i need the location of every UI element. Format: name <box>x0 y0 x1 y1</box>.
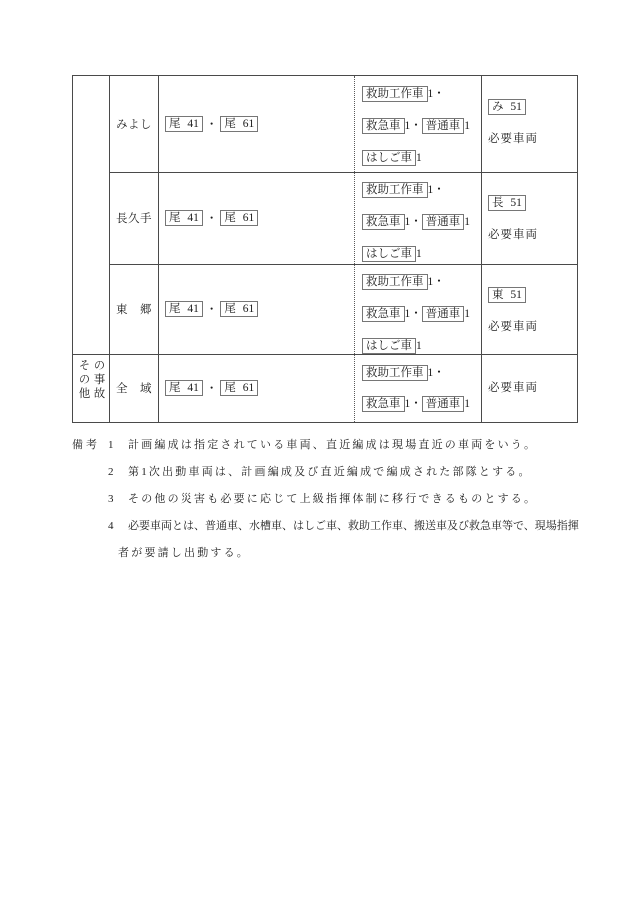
vehicle-count: 1・ <box>405 308 422 320</box>
vehicle-box: 普通車 <box>422 306 465 322</box>
note-item-3: 3 その他の災害も必要に応じて上級指揮体制に移行できるものとする。 <box>108 493 582 506</box>
note-number: 1 <box>108 439 128 452</box>
note-number: 2 <box>108 466 128 479</box>
code-cell-row4: 必要車両 <box>482 354 577 422</box>
vehicle-box: はしご車 <box>362 246 416 262</box>
vehicle-count: 1 <box>464 308 470 320</box>
vehicle-line: 救急車1・普通車1 <box>362 214 481 230</box>
unit-box: 尾 41 <box>165 210 203 226</box>
vehicle-count: 1 <box>416 248 422 260</box>
unit-box: 尾 61 <box>220 210 258 226</box>
note-text: その他の災害も必要に応じて上級指揮体制に移行できるものとする。 <box>128 493 537 506</box>
note-text: 計画編成は指定されている車両、直近編成は現場直近の車両をいう。 <box>128 439 537 452</box>
notes-section: 備考 1 計画編成は指定されている車両、直近編成は現場直近の車両をいう。 2 第… <box>72 439 582 574</box>
vehicle-count: 1・ <box>405 120 422 132</box>
vehicle-box: 救助工作車 <box>362 182 428 198</box>
planned-units-row3: 尾 41 ・ 尾 61 <box>159 264 354 354</box>
note-item-2: 2 第1次出動車両は、計画編成及び直近編成で編成された部隊とする。 <box>108 466 582 479</box>
vehicle-line: 救急車1・普通車1 <box>362 396 481 412</box>
vehicle-box: 普通車 <box>422 118 465 134</box>
vehicle-line: 救助工作車1・ <box>362 182 481 198</box>
code-cell-row2: 長 51 必要車両 <box>482 172 577 264</box>
notes-label: 備考 <box>72 439 100 452</box>
required-vehicles-label: 必要車両 <box>488 381 538 395</box>
vehicle-count: 1 <box>416 340 422 352</box>
vehicle-count: 1・ <box>405 216 422 228</box>
vehicle-box: 救急車 <box>362 118 405 134</box>
vehicle-line: 救助工作車1・ <box>362 86 481 102</box>
unit-separator: ・ <box>206 301 218 317</box>
note-text: 第1次出動車両は、計画編成及び直近編成で編成された部隊とする。 <box>128 466 532 479</box>
vehicle-count: 1 <box>464 216 470 228</box>
vehicle-line: はしご車1 <box>362 150 481 166</box>
vehicle-box: 救急車 <box>362 396 405 412</box>
station-code-box: 長 51 <box>488 195 526 211</box>
vehicle-count: 1・ <box>428 367 445 379</box>
required-vehicles-label: 必要車両 <box>488 320 577 334</box>
vehicle-line: 救助工作車1・ <box>362 274 481 290</box>
planned-units-row4: 尾 41 ・ 尾 61 <box>159 354 354 422</box>
area-label-nagakute: 長久手 <box>110 172 158 264</box>
station-code-box: み 51 <box>488 99 526 115</box>
unit-box: 尾 61 <box>220 380 258 396</box>
vehicle-list-row4: 救助工作車1・ 救急車1・普通車1 <box>355 354 481 422</box>
vehicle-count: 1 <box>416 152 422 164</box>
unit-box: 尾 61 <box>220 301 258 317</box>
unit-separator: ・ <box>206 210 218 226</box>
planned-units-row2: 尾 41 ・ 尾 61 <box>159 172 354 264</box>
area-label-miyoshi: みよし <box>110 76 158 172</box>
station-code-box: 東 51 <box>488 287 526 303</box>
required-vehicles-label: 必要車両 <box>488 132 577 146</box>
vehicle-count: 1・ <box>428 184 445 196</box>
unit-separator: ・ <box>206 116 218 132</box>
category-cell: その他 の事故 <box>73 354 109 422</box>
vehicle-line: 救急車1・普通車1 <box>362 118 481 134</box>
page: その他 の事故 みよし 尾 41 ・ 尾 61 救助工作車1・ 救急車1・普通車… <box>0 0 630 903</box>
code-cell-row3: 東 51 必要車両 <box>482 264 577 354</box>
vehicle-box: はしご車 <box>362 338 416 354</box>
unit-box: 尾 41 <box>165 116 203 132</box>
unit-box: 尾 41 <box>165 301 203 317</box>
vehicle-line: はしご車1 <box>362 338 481 354</box>
planned-units-row1: 尾 41 ・ 尾 61 <box>159 76 354 172</box>
vehicle-count: 1・ <box>428 276 445 288</box>
unit-separator: ・ <box>206 380 218 396</box>
note-number: 3 <box>108 493 128 506</box>
vehicle-count: 1・ <box>428 88 445 100</box>
vehicle-box: 救助工作車 <box>362 86 428 102</box>
area-label-zeniki: 全 域 <box>110 354 158 422</box>
vehicle-list-row1: 救助工作車1・ 救急車1・普通車1 はしご車1 <box>355 76 481 172</box>
vehicle-count: 1 <box>464 120 470 132</box>
vehicle-line: はしご車1 <box>362 246 481 262</box>
unit-box: 尾 61 <box>220 116 258 132</box>
vehicle-line: 救助工作車1・ <box>362 365 481 381</box>
vehicle-box: 普通車 <box>422 214 465 230</box>
category-label-part1: その他 <box>78 359 90 422</box>
vehicle-list-row3: 救助工作車1・ 救急車1・普通車1 はしご車1 <box>355 264 481 354</box>
vehicle-count: 1・ <box>405 398 422 410</box>
vehicle-box: 普通車 <box>422 396 465 412</box>
note-item-1: 1 計画編成は指定されている車両、直近編成は現場直近の車両をいう。 <box>108 439 582 452</box>
dispatch-table: その他 の事故 みよし 尾 41 ・ 尾 61 救助工作車1・ 救急車1・普通車… <box>72 75 578 423</box>
note-item-4: 4 必要車両とは、普通車、水槽車、はしご車、救助工作車、搬送車及び救急車等で、現… <box>108 520 582 560</box>
vehicle-count: 1 <box>464 398 470 410</box>
note-text: 必要車両とは、普通車、水槽車、はしご車、救助工作車、搬送車及び救急車等で、現場指… <box>128 520 579 533</box>
vehicle-list-row2: 救助工作車1・ 救急車1・普通車1 はしご車1 <box>355 172 481 264</box>
vehicle-line: 救急車1・普通車1 <box>362 306 481 322</box>
vehicle-box: 救急車 <box>362 214 405 230</box>
vehicle-box: 救助工作車 <box>362 365 428 381</box>
required-vehicles-label: 必要車両 <box>488 228 577 242</box>
vehicle-box: 救助工作車 <box>362 274 428 290</box>
vehicle-box: はしご車 <box>362 150 416 166</box>
vehicle-box: 救急車 <box>362 306 405 322</box>
category-label-part2: の事故 <box>93 359 105 422</box>
code-cell-row1: み 51 必要車両 <box>482 76 577 172</box>
area-label-togo: 東 郷 <box>110 264 158 354</box>
unit-box: 尾 41 <box>165 380 203 396</box>
note-text-continuation: 者が要請し出動する。 <box>118 547 579 560</box>
